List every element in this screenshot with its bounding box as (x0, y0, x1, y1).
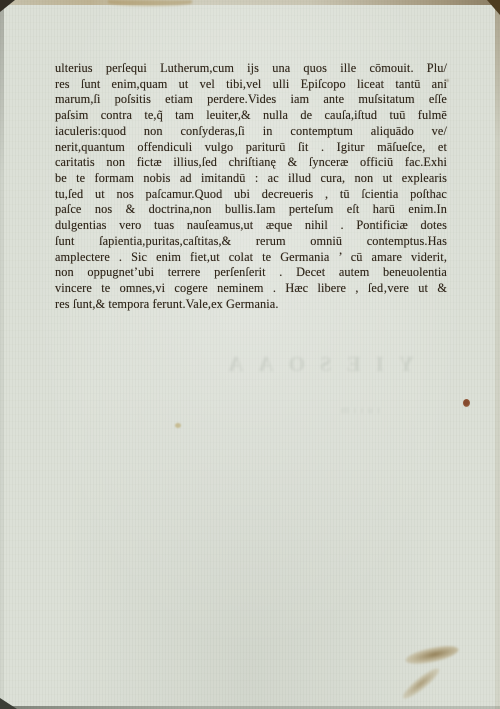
text-line: paſsim contra te,q̃ tam leuiter,& nulla … (55, 108, 447, 124)
text-line: ulterius perſequi Lutherum,cum ijs una q… (55, 61, 447, 77)
text-line: ſunt ſapientia,puritas,caſtitas,& rerum … (55, 234, 447, 250)
text-line: vincere te omnes,vi cogere neminem . Hæc… (55, 281, 447, 297)
text-line: amplectere . Sic enim fiet,ut colat te G… (55, 250, 447, 266)
text-line: tu,ſed ut nos paſcamur.Quod ubi decreuer… (55, 187, 447, 203)
text-line: dulgentias vero tuas nauſeamus,ut æque n… (55, 218, 447, 234)
page-left-edge (0, 0, 4, 709)
text-line: nerit,quantum offendiculi vulgo pariturū… (55, 140, 447, 156)
text-line: caritatis non fictæ illius,ſed chriſtian… (55, 155, 447, 171)
text-line: paſce nos & doctrina,non bullis.Iam pert… (55, 202, 447, 218)
text-line: res ſunt enim,quam ut vel tibi,vel ulli … (55, 77, 447, 93)
text-line: be te formam nobis ad imitandū : ac illu… (55, 171, 447, 187)
printed-text-block: ulterius perſequi Lutherum,cum ijs una q… (55, 61, 447, 313)
scanned-page-photo: YIESOAA ıuıım ulterius perſequi Lutherum… (0, 0, 500, 709)
page-right-edge (495, 0, 500, 709)
text-line: non oppugnet’ubi terrere perſenſerit . D… (55, 265, 447, 281)
verso-showthrough-text-small: ıuıım (290, 404, 380, 420)
text-line: marum,ſi poſsitis etiam perdere.Vides ia… (55, 92, 447, 108)
page-top-edge (0, 0, 500, 5)
text-line: res ſunt,& tempora ferunt.Vale,ex German… (55, 297, 447, 313)
verso-showthrough-text: YIESOAA (158, 352, 414, 388)
text-line: iaculeris:quod non conſyderas,ſi in cont… (55, 124, 447, 140)
